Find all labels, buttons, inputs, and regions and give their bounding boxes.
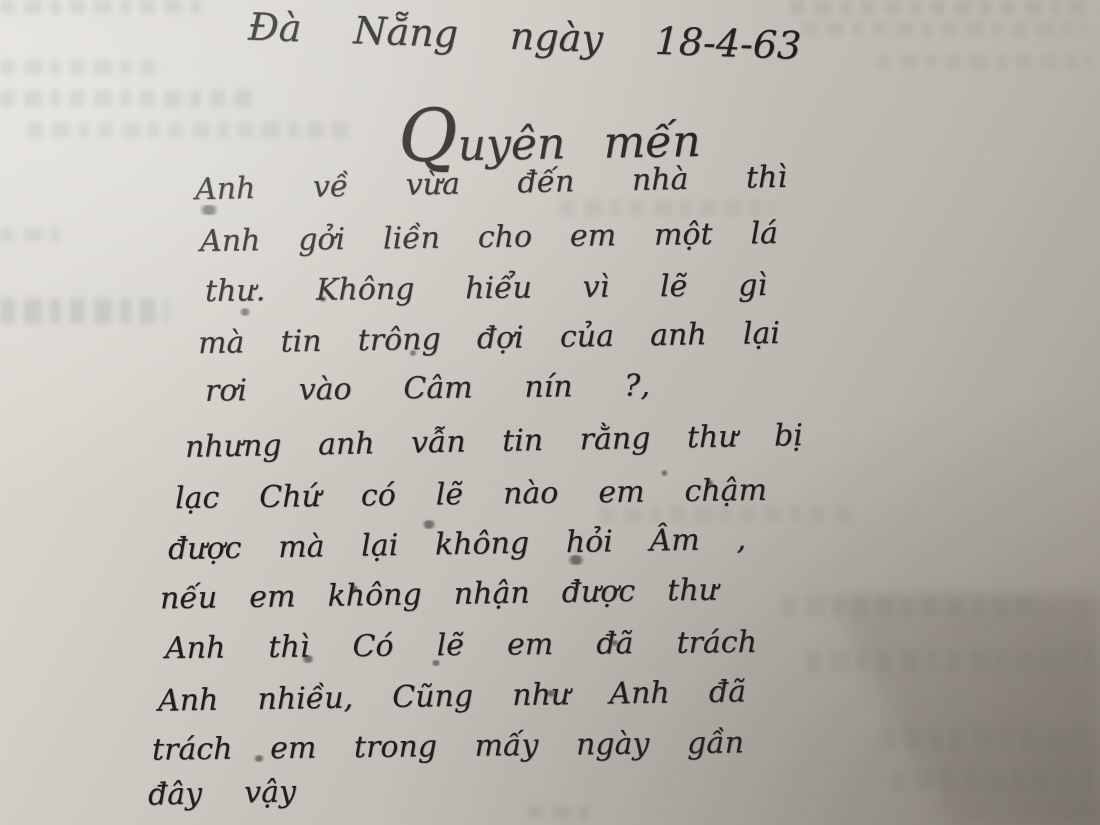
letter-line: thư.Khônghiểuvìlẽgì: [205, 268, 767, 309]
word: lẽ: [436, 628, 464, 663]
word: trách: [676, 625, 757, 661]
word: trông: [357, 322, 441, 358]
bleed-through-text: [782, 596, 1040, 616]
word: lại: [743, 316, 781, 352]
word: vừa: [405, 167, 460, 203]
word: vào: [299, 372, 352, 408]
bleed-through-text: [0, 0, 210, 14]
word: Âm: [649, 523, 700, 559]
word: đợi: [477, 320, 524, 356]
letter-line: AnhthìCólẽemđãtrách: [165, 625, 757, 666]
bleed-through-text: [806, 650, 1098, 672]
letter-line: nếuemkhôngnhậnđượcthư: [160, 573, 718, 617]
word: lẽ: [660, 269, 688, 304]
word: hiểu: [465, 271, 532, 307]
letter-line: màtintrôngđợicủaanhlại: [198, 316, 781, 361]
letter-line: lạcChứcólẽnàoemchậm: [175, 473, 767, 516]
word: không: [327, 577, 422, 613]
word: anh: [318, 426, 375, 462]
bleed-through-text: [528, 806, 590, 819]
letter-line: đượcmàlạikhônghỏiÂm,: [168, 522, 747, 567]
word: một: [654, 217, 713, 253]
bleed-through-text: [790, 0, 1090, 15]
word: em: [507, 627, 554, 662]
word: rằng: [579, 421, 650, 457]
letter-line: rơivàoCâmnín?,: [205, 368, 650, 408]
word: mà: [198, 325, 245, 361]
word: trong: [354, 729, 437, 765]
word: tin: [280, 324, 322, 360]
word: nín: [524, 369, 573, 405]
word: được: [561, 574, 635, 610]
letter-line: Anhgởiliềnchoemmộtlá: [200, 216, 778, 259]
word: Có: [352, 629, 393, 664]
word: Anh: [609, 676, 670, 712]
word: nhà: [632, 162, 689, 198]
word: nhưng: [185, 428, 282, 465]
bleed-through-text: [0, 228, 60, 242]
word: nào: [503, 476, 559, 512]
word: nhận: [454, 576, 530, 612]
word: gì: [738, 268, 767, 303]
word: anh: [650, 317, 707, 353]
word: gần: [687, 725, 744, 761]
word: Cũng: [392, 679, 473, 715]
word: liền: [383, 221, 440, 257]
word: ?,: [624, 368, 650, 403]
word: thư.: [205, 273, 266, 309]
word: bị: [774, 418, 803, 454]
word: của: [560, 319, 615, 355]
letter-photo: Đà Nẵng ngày 18-4-63 Quyên mến Anhvềvừađ…: [0, 0, 1100, 825]
word: em: [570, 218, 617, 254]
letter-line: đâyvậy: [148, 774, 297, 812]
letter-line: Anhnhiều,CũngnhưAnhđã: [158, 674, 746, 718]
letter-line: tráchemtrongmấyngàygần: [152, 725, 744, 767]
word: em: [598, 475, 645, 511]
letter-line: nhưnganhvẫntinrằngthưbị: [185, 418, 804, 465]
bleed-through-text: [0, 90, 255, 107]
word: em: [249, 579, 296, 615]
word: thư: [687, 419, 738, 455]
bleed-through-text: [880, 728, 1088, 750]
word: đến: [517, 164, 575, 200]
word: tin: [502, 423, 544, 459]
word: Anh: [195, 171, 256, 207]
word: em: [270, 731, 317, 767]
word: Anh: [200, 223, 261, 259]
word: về: [313, 169, 349, 205]
bleed-through-text: [892, 770, 1090, 790]
word: vậy: [244, 774, 297, 810]
word: lại: [361, 528, 399, 564]
word: không: [435, 526, 530, 563]
bleed-through-text: [0, 60, 165, 75]
letter-line: Anhvềvừađếnnhàthì: [195, 160, 788, 207]
word: như: [512, 677, 571, 713]
word: ,: [736, 522, 746, 557]
word: được: [168, 531, 242, 567]
word: Anh: [158, 683, 219, 719]
word: lạc: [175, 481, 220, 517]
word: lá: [750, 216, 778, 251]
word: thì: [746, 160, 788, 196]
word: đây: [148, 776, 203, 812]
word: gởi: [298, 222, 345, 258]
word: đã: [596, 626, 633, 661]
word: nếu: [160, 580, 218, 616]
word: thư: [667, 573, 718, 609]
word: vì: [582, 270, 609, 305]
word: lẽ: [435, 477, 463, 512]
word: nhiều,: [257, 681, 353, 717]
word: Không: [316, 272, 415, 308]
word: mấy: [474, 728, 538, 764]
word: thì: [268, 630, 309, 665]
word: Câm: [403, 370, 473, 406]
word: có: [361, 478, 396, 513]
bleed-through-text: [0, 298, 168, 324]
word: cho: [478, 219, 533, 255]
bleed-through-text: [876, 55, 1091, 69]
ink-speckle: [238, 308, 252, 316]
word: chậm: [684, 473, 767, 509]
word: ngày: [576, 727, 650, 763]
word: vẫn: [411, 425, 466, 461]
bleed-through-text: [802, 22, 1087, 36]
word: trách: [152, 732, 233, 768]
date-line: Đà Nẵng ngày 18-4-63: [247, 5, 788, 68]
word: rơi: [205, 373, 247, 409]
word: mà: [278, 529, 325, 565]
word: hỏi: [566, 524, 614, 560]
bleed-through-text: [28, 122, 348, 138]
word: đã: [709, 674, 747, 710]
word: Anh: [165, 630, 226, 666]
word: Chứ: [259, 479, 321, 515]
bleed-through-text: [560, 200, 775, 216]
